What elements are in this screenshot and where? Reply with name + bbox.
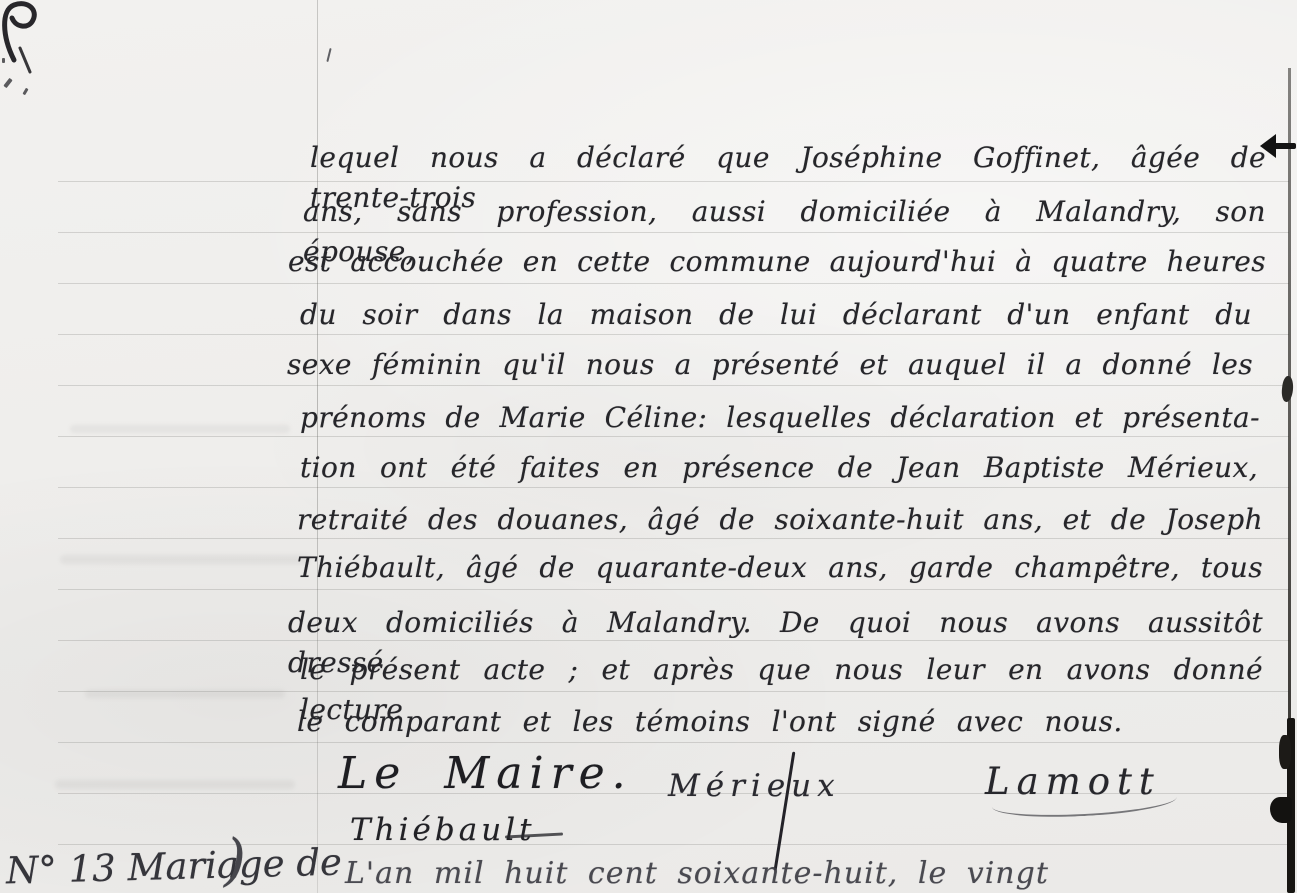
act-line: lequel nous a déclaré que Joséphine Goff… [310, 138, 1266, 180]
act-line: deux domiciliés à Malandry. De quoi nous… [288, 603, 1263, 645]
act-line: sexe féminin qu'il nous a présenté et au… [287, 345, 1253, 387]
ink-blot-bottom [1270, 797, 1292, 823]
act-line: du soir dans la maison de lui déclarant … [300, 295, 1252, 337]
act-line: est accouchée en cette commune aujourd'h… [288, 242, 1266, 284]
signature-merieux: Mérieux [668, 768, 841, 804]
fold-crease-line [317, 0, 318, 893]
bleed-through-smudge [70, 425, 290, 433]
ink-blot-low [1279, 735, 1291, 769]
signature-maire: Le Maire. [338, 748, 633, 799]
ink-flourish-icon [0, 0, 64, 110]
margin-note-act-number: N° 13 Mariage de [5, 841, 342, 893]
register-page: lequel nous a déclaré que Joséphine Goff… [0, 0, 1297, 893]
ink-tick [326, 48, 331, 62]
act-line: prénoms de Marie Céline: lesquelles décl… [300, 398, 1260, 440]
act-line: retraité des douanes, âgé de soixante-hu… [297, 500, 1263, 542]
act-line: ans, sans profession, aussi domiciliée à… [303, 192, 1266, 234]
act-line: tion ont été faites en présence de Jean … [300, 448, 1258, 490]
ink-speck [2, 58, 5, 63]
ink-blot-mid [1281, 375, 1295, 402]
next-act-first-line: L'an mil huit cent soixante-huit, le vin… [345, 856, 1049, 891]
bleed-through-smudge [85, 690, 285, 698]
act-line: Thiébault, âgé de quarante-deux ans, gar… [297, 548, 1263, 590]
bleed-through-smudge [55, 780, 295, 789]
bleed-through-smudge [60, 555, 310, 564]
act-line: le comparant et les témoins l'ont signé … [297, 702, 1197, 744]
signature-thiebault: Thiébault [350, 812, 536, 848]
margin-brace: ) [224, 828, 246, 893]
act-line: le présent acte ; et après que nous leur… [300, 650, 1263, 692]
